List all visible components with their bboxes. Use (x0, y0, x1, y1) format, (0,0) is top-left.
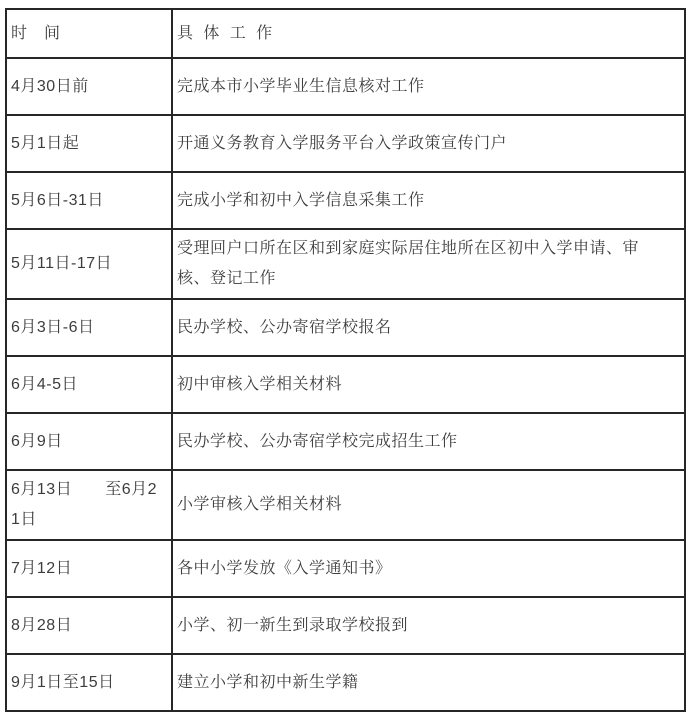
time-cell: 7月12日 (6, 540, 172, 597)
header-row: 时 间 具 体 工 作 (6, 9, 685, 58)
table-row: 6月4-5日 初中审核入学相关材料 (6, 356, 685, 413)
document-page: 时 间 具 体 工 作 4月30日前 完成本市小学毕业生信息核对工作 5月1日起… (0, 0, 693, 721)
column-header-task: 具 体 工 作 (172, 9, 685, 58)
task-cell: 小学、初一新生到录取学校报到 (172, 597, 685, 654)
task-cell: 民办学校、公办寄宿学校报名 (172, 299, 685, 356)
task-cell: 完成小学和初中入学信息采集工作 (172, 172, 685, 229)
time-cell: 5月1日起 (6, 115, 172, 172)
table-row: 6月13日 至6月2 1日 小学审核入学相关材料 (6, 470, 685, 540)
task-cell: 民办学校、公办寄宿学校完成招生工作 (172, 413, 685, 470)
task-cell: 初中审核入学相关材料 (172, 356, 685, 413)
table-row: 6月3日-6日 民办学校、公办寄宿学校报名 (6, 299, 685, 356)
time-cell: 6月3日-6日 (6, 299, 172, 356)
table-row: 5月11日-17日 受理回户口所在区和到家庭实际居住地所在区初中入学申请、审 核… (6, 229, 685, 299)
table-row: 8月28日 小学、初一新生到录取学校报到 (6, 597, 685, 654)
time-cell: 8月28日 (6, 597, 172, 654)
column-header-time: 时 间 (6, 9, 172, 58)
task-cell: 开通义务教育入学服务平台入学政策宣传门户 (172, 115, 685, 172)
time-cell: 5月6日-31日 (6, 172, 172, 229)
time-cell: 6月4-5日 (6, 356, 172, 413)
time-cell: 6月13日 至6月2 1日 (6, 470, 172, 540)
table-row: 5月6日-31日 完成小学和初中入学信息采集工作 (6, 172, 685, 229)
task-cell: 受理回户口所在区和到家庭实际居住地所在区初中入学申请、审 核、登记工作 (172, 229, 685, 299)
task-cell: 各中小学发放《入学通知书》 (172, 540, 685, 597)
table-row: 9月1日至15日 建立小学和初中新生学籍 (6, 654, 685, 711)
task-cell: 小学审核入学相关材料 (172, 470, 685, 540)
table-body: 4月30日前 完成本市小学毕业生信息核对工作 5月1日起 开通义务教育入学服务平… (6, 58, 685, 711)
table-row: 6月9日 民办学校、公办寄宿学校完成招生工作 (6, 413, 685, 470)
time-cell: 5月11日-17日 (6, 229, 172, 299)
table-row: 7月12日 各中小学发放《入学通知书》 (6, 540, 685, 597)
task-cell: 建立小学和初中新生学籍 (172, 654, 685, 711)
time-cell: 6月9日 (6, 413, 172, 470)
time-cell: 4月30日前 (6, 58, 172, 115)
schedule-table: 时 间 具 体 工 作 4月30日前 完成本市小学毕业生信息核对工作 5月1日起… (5, 8, 686, 712)
table-row: 5月1日起 开通义务教育入学服务平台入学政策宣传门户 (6, 115, 685, 172)
time-cell: 9月1日至15日 (6, 654, 172, 711)
task-cell: 完成本市小学毕业生信息核对工作 (172, 58, 685, 115)
table-row: 4月30日前 完成本市小学毕业生信息核对工作 (6, 58, 685, 115)
